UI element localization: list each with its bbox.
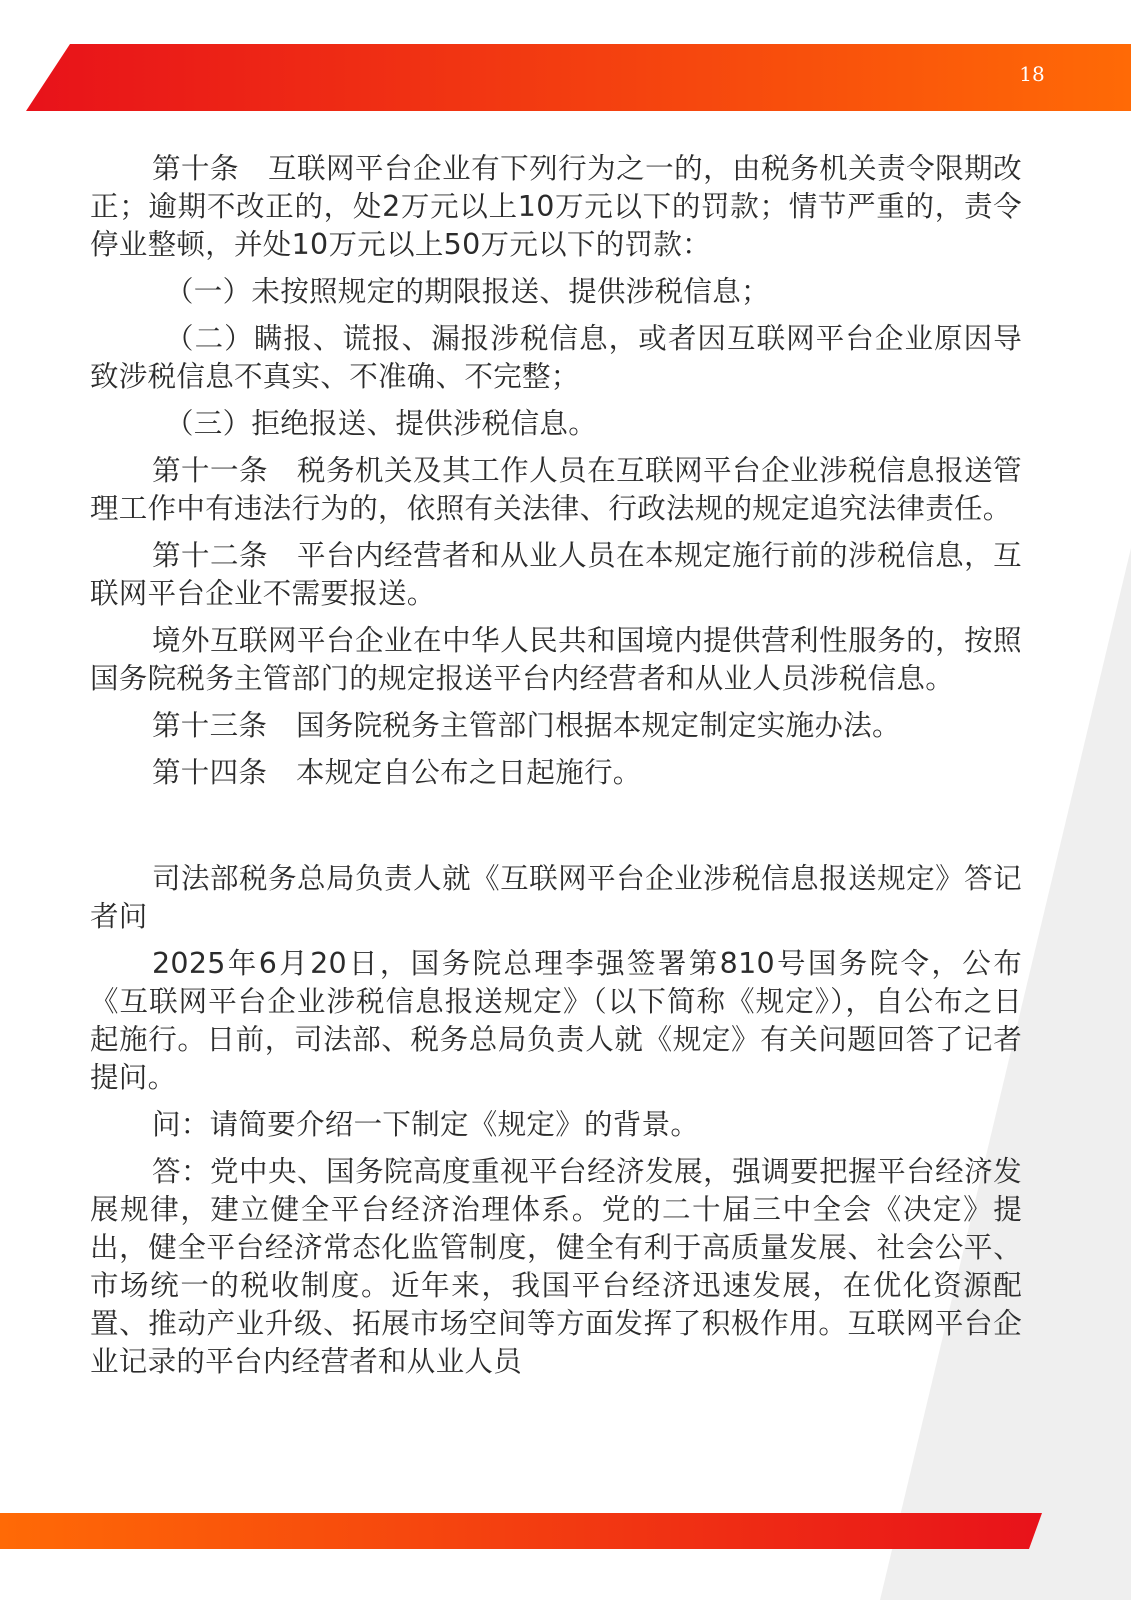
article-10-item-1: （一）未按照规定的期限报送、提供涉税信息； [90,273,1022,311]
article-12: 第十二条 平台内经营者和从业人员在本规定施行前的涉税信息，互联网平台企业不需要报… [90,537,1022,613]
answer-1: 答：党中央、国务院高度重视平台经济发展，强调要把握平台经济发展规律，建立健全平台… [90,1153,1022,1381]
article-10: 第十条 互联网平台企业有下列行为之一的，由税务机关责令限期改正；逾期不改正的，处… [90,150,1022,264]
article-13: 第十三条 国务院税务主管部门根据本规定制定实施办法。 [90,707,1022,745]
footer-banner [0,1513,1131,1549]
document-body: 第十条 互联网平台企业有下列行为之一的，由税务机关责令限期改正；逾期不改正的，处… [90,150,1022,1390]
article-12-paragraph-2: 境外互联网平台企业在中华人民共和国境内提供营利性服务的，按照国务院税务主管部门的… [90,622,1022,698]
qa-title: 司法部税务总局负责人就《互联网平台企业涉税信息报送规定》答记者问 [90,860,1022,936]
qa-intro: 2025年6月20日，国务院总理李强签署第810号国务院令，公布《互联网平台企业… [90,945,1022,1097]
header-banner [0,44,1131,111]
article-10-item-2: （二）瞒报、谎报、漏报涉税信息，或者因互联网平台企业原因导致涉税信息不真实、不准… [90,320,1022,396]
article-10-item-3: （三）拒绝报送、提供涉税信息。 [90,405,1022,443]
article-11: 第十一条 税务机关及其工作人员在互联网平台企业涉税信息报送管理工作中有违法行为的… [90,452,1022,528]
article-14: 第十四条 本规定自公布之日起施行。 [90,754,1022,792]
page-number: 18 [1012,62,1052,86]
question-1: 问：请简要介绍一下制定《规定》的背景。 [90,1106,1022,1144]
